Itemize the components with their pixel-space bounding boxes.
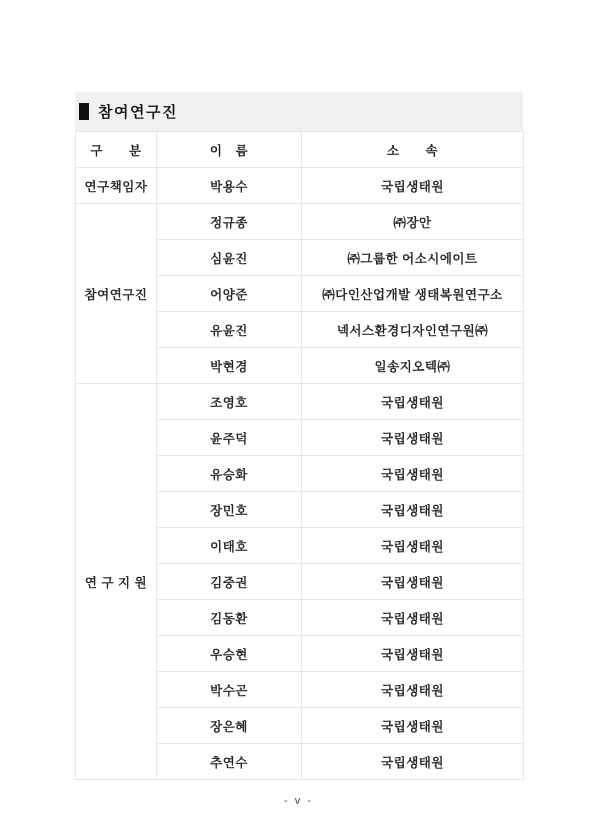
name-cell: 이태호 (157, 528, 302, 564)
name-cell: 유윤진 (157, 312, 302, 348)
name-cell: 장민호 (157, 492, 302, 528)
name-cell: 장은혜 (157, 708, 302, 744)
affiliation-cell: 국립생태원 (302, 708, 524, 744)
name-cell: 어양준 (157, 276, 302, 312)
name-cell: 윤주덕 (157, 420, 302, 456)
name-cell: 박수곤 (157, 672, 302, 708)
name-cell: 김동환 (157, 600, 302, 636)
name-cell: 박용수 (157, 168, 302, 204)
section-title: 참여연구진 (98, 101, 178, 122)
section-bullet-icon (79, 103, 89, 120)
table-row: 연 구 지 원조영호국립생태원 (76, 384, 524, 420)
affiliation-cell: 국립생태원 (302, 384, 524, 420)
affiliation-cell: 국립생태원 (302, 744, 524, 780)
research-staff-table: 구 분 이 름 소 속 연구책임자박용수국립생태원참여연구진정규종㈜장안심윤진㈜… (75, 131, 524, 780)
affiliation-cell: 국립생태원 (302, 168, 524, 204)
table-row: 연구책임자박용수국립생태원 (76, 168, 524, 204)
name-cell: 심윤진 (157, 240, 302, 276)
name-cell: 박현경 (157, 348, 302, 384)
name-cell: 조영호 (157, 384, 302, 420)
table-header-row: 구 분 이 름 소 속 (76, 132, 524, 168)
category-cell: 연 구 지 원 (76, 384, 157, 780)
affiliation-cell: ㈜그룹한 어소시에이트 (302, 240, 524, 276)
name-cell: 유승화 (157, 456, 302, 492)
affiliation-cell: 일송지오텍㈜ (302, 348, 524, 384)
name-cell: 정규종 (157, 204, 302, 240)
page-number: - v - (0, 795, 597, 807)
affiliation-cell: 국립생태원 (302, 528, 524, 564)
section-header: 참여연구진 (75, 92, 523, 131)
table-body: 연구책임자박용수국립생태원참여연구진정규종㈜장안심윤진㈜그룹한 어소시에이트어양… (76, 168, 524, 780)
name-cell: 추연수 (157, 744, 302, 780)
affiliation-cell: 국립생태원 (302, 636, 524, 672)
category-cell: 연구책임자 (76, 168, 157, 204)
name-cell: 김중권 (157, 564, 302, 600)
affiliation-cell: 넥서스환경디자인연구원㈜ (302, 312, 524, 348)
affiliation-cell: 국립생태원 (302, 564, 524, 600)
column-header-name: 이 름 (157, 132, 302, 168)
name-cell: 우승현 (157, 636, 302, 672)
affiliation-cell: 국립생태원 (302, 420, 524, 456)
affiliation-cell: 국립생태원 (302, 600, 524, 636)
column-header-affiliation: 소 속 (302, 132, 524, 168)
column-header-category: 구 분 (76, 132, 157, 168)
table-row: 참여연구진정규종㈜장안 (76, 204, 524, 240)
affiliation-cell: 국립생태원 (302, 672, 524, 708)
affiliation-cell: 국립생태원 (302, 492, 524, 528)
affiliation-cell: ㈜다인산업개발 생태복원연구소 (302, 276, 524, 312)
affiliation-cell: ㈜장안 (302, 204, 524, 240)
category-cell: 참여연구진 (76, 204, 157, 384)
affiliation-cell: 국립생태원 (302, 456, 524, 492)
